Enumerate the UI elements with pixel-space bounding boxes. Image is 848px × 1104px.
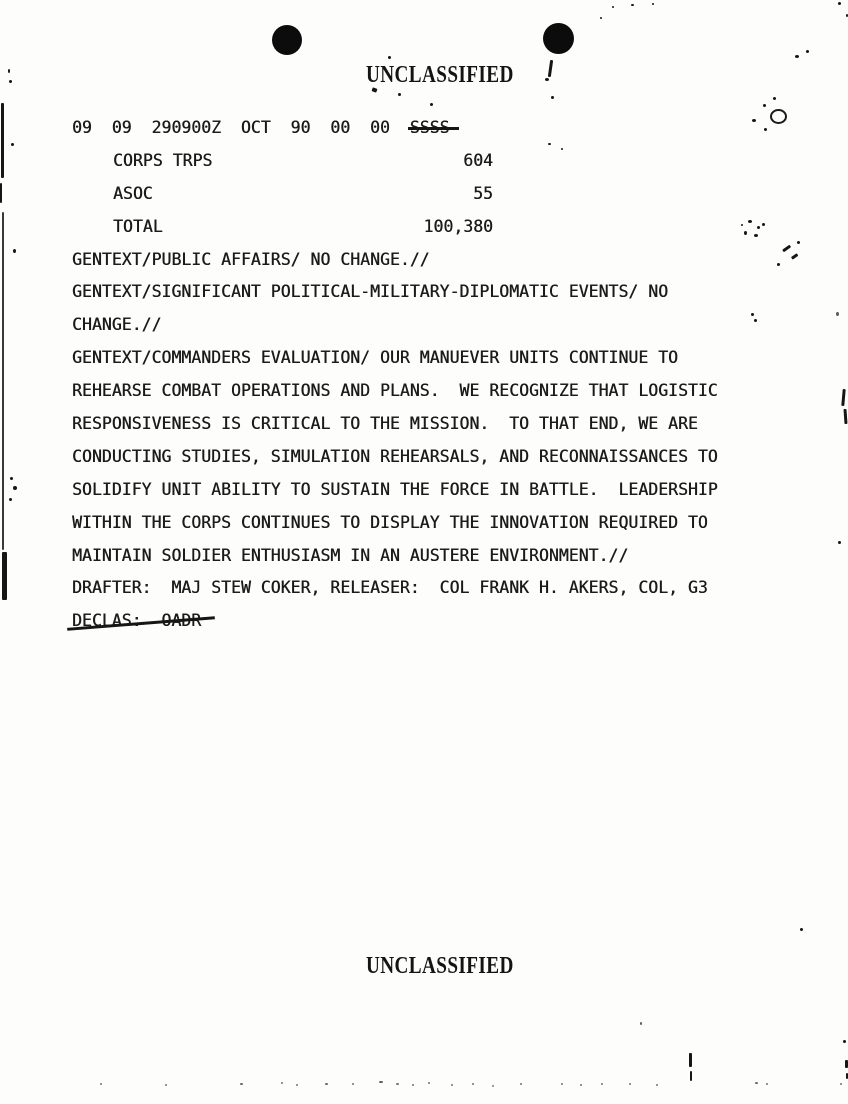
scan-artifact-dot <box>754 234 758 237</box>
stat-row: ASOC 55 <box>72 178 493 211</box>
header-fields: 09 09 290900Z OCT 90 00 00 <box>72 118 410 137</box>
scan-artifact-dot <box>755 1082 758 1084</box>
scan-artifact-dot <box>748 220 752 223</box>
message-line: CHANGE.// <box>72 309 772 342</box>
scan-artifact-dot <box>379 1081 383 1083</box>
scan-artifact-dot <box>412 1084 414 1086</box>
message-line: MAINTAIN SOLDIER ENTHUSIASM IN AN AUSTER… <box>72 540 772 573</box>
declas-line: DECLAS: OADR <box>72 605 772 638</box>
scan-artifact-dot <box>520 1083 522 1085</box>
stat-value: 55 <box>473 178 493 211</box>
scan-artifact-dot <box>548 143 551 145</box>
declas-struck-text: DECLAS: OADR <box>72 605 201 638</box>
scan-artifact-dot <box>13 486 17 490</box>
message-line: GENTEXT/COMMANDERS EVALUATION/ OUR MANUE… <box>72 342 772 375</box>
stat-label: TOTAL <box>113 211 163 244</box>
scan-artifact-bar <box>841 389 845 406</box>
scan-artifact-dot <box>428 1082 430 1084</box>
stat-value: 604 <box>463 145 493 178</box>
scan-artifact-dot <box>631 4 634 6</box>
scan-artifact-bar <box>782 245 791 252</box>
stat-value: 100,380 <box>423 211 493 244</box>
scan-artifact-dot <box>773 97 776 100</box>
scan-artifact-bar <box>689 1053 692 1067</box>
scan-artifact-bar <box>0 183 2 203</box>
stat-label: ASOC <box>113 178 153 211</box>
scan-artifact-bar <box>548 60 553 77</box>
scan-artifact-dot <box>612 6 614 8</box>
stat-row: CORPS TRPS 604 <box>72 145 493 178</box>
scan-artifact-dot <box>640 1022 642 1025</box>
scan-artifact-bar <box>2 552 7 600</box>
scan-artifact-dot <box>741 224 743 226</box>
message-line: REHEARSE COMBAT OPERATIONS AND PLANS. WE… <box>72 375 772 408</box>
scan-artifact-dot <box>800 928 803 931</box>
message-line: SOLIDIFY UNIT ABILITY TO SUSTAIN THE FOR… <box>72 474 772 507</box>
scan-artifact-ring <box>770 109 787 124</box>
scan-artifact-dot <box>11 143 14 146</box>
scan-artifact-bar <box>2 212 4 550</box>
scan-artifact-dot <box>240 1083 243 1085</box>
scan-artifact-dot <box>838 541 841 544</box>
scan-artifact-hole <box>272 25 302 55</box>
scan-artifact-dot <box>561 1083 563 1085</box>
scan-artifact-hole <box>543 23 574 54</box>
scan-artifact-dot <box>763 104 766 107</box>
scan-artifact-dot <box>754 319 757 322</box>
scan-artifact-dot <box>561 148 563 150</box>
scan-artifact-dot <box>795 55 799 58</box>
scan-artifact-dot <box>451 1084 453 1086</box>
scan-artifact-dot <box>840 1083 842 1085</box>
scan-artifact-dot <box>325 1083 328 1085</box>
scan-artifact-dot <box>472 1083 474 1085</box>
scan-artifact-bar <box>1 103 4 178</box>
scan-artifact-dot <box>838 2 841 5</box>
scan-artifact-dot <box>551 96 554 99</box>
scan-artifact-bar <box>843 409 847 424</box>
scan-artifact-dot <box>744 231 747 235</box>
scan-artifact-dot <box>388 56 391 59</box>
classification-footer: UNCLASSIFIED <box>366 953 514 980</box>
message-line: CONDUCTING STUDIES, SIMULATION REHEARSAL… <box>72 441 772 474</box>
scan-artifact-dot <box>9 498 12 501</box>
scan-artifact-dot <box>656 1084 658 1086</box>
scan-artifact-dot <box>10 477 13 480</box>
message-line: GENTEXT/SIGNIFICANT POLITICAL-MILITARY-D… <box>72 276 772 309</box>
scan-artifact-dot <box>580 1084 582 1086</box>
message-line: DRAFTER: MAJ STEW COKER, RELEASER: COL F… <box>72 572 772 605</box>
scan-artifact-dot <box>492 1085 494 1087</box>
scan-artifact-dot <box>165 1084 167 1086</box>
scan-artifact-bar <box>791 253 798 259</box>
scan-artifact-dot <box>545 78 549 81</box>
scan-artifact-dot <box>629 1083 631 1085</box>
classification-header: UNCLASSIFIED <box>366 62 514 89</box>
scan-artifact-dot <box>806 50 809 53</box>
scan-artifact-dot <box>9 80 12 83</box>
struck-classification-code: SSSS <box>410 112 450 145</box>
message-header-line: 09 09 290900Z OCT 90 00 00 SSSS <box>72 112 772 145</box>
scan-artifact-dot <box>398 93 401 96</box>
scan-artifact-dot <box>751 313 754 316</box>
scan-artifact-dot <box>296 1084 298 1086</box>
scan-artifact-bar <box>690 1071 692 1081</box>
scan-artifact-dot <box>13 249 16 253</box>
scan-artifact-bar <box>371 87 377 92</box>
scan-artifact-dot <box>281 1082 283 1084</box>
stat-label: CORPS TRPS <box>113 145 212 178</box>
scan-artifact-dot <box>757 226 760 229</box>
scan-artifact-dot <box>8 69 10 73</box>
message-line: WITHIN THE CORPS CONTINUES TO DISPLAY TH… <box>72 507 772 540</box>
scan-artifact-dot <box>396 1083 399 1085</box>
page: UNCLASSIFIED 09 09 290900Z OCT 90 00 00 … <box>0 0 848 1104</box>
scan-artifact-dot <box>652 3 654 5</box>
scan-artifact-dot <box>601 1083 603 1085</box>
stat-row: TOTAL 100,380 <box>72 211 493 244</box>
scan-artifact-dot <box>600 17 602 19</box>
scan-artifact-dot <box>100 1083 102 1085</box>
scan-artifact-dot <box>843 1040 846 1043</box>
message-line: GENTEXT/PUBLIC AFFAIRS/ NO CHANGE.// <box>72 244 772 277</box>
scan-artifact-dot <box>836 312 839 316</box>
message-text: 09 09 290900Z OCT 90 00 00 SSSS CORPS TR… <box>72 112 772 638</box>
message-line: RESPONSIVENESS IS CRITICAL TO THE MISSIO… <box>72 408 772 441</box>
scan-artifact-dot <box>430 103 433 106</box>
scan-artifact-dot <box>777 263 780 266</box>
scan-artifact-dot <box>752 119 756 122</box>
scan-artifact-dot <box>352 1083 354 1085</box>
scan-artifact-dot <box>797 241 800 244</box>
scan-artifact-dot <box>766 1083 768 1085</box>
scan-artifact-dot <box>764 128 767 131</box>
scan-artifact-dot <box>762 223 765 226</box>
